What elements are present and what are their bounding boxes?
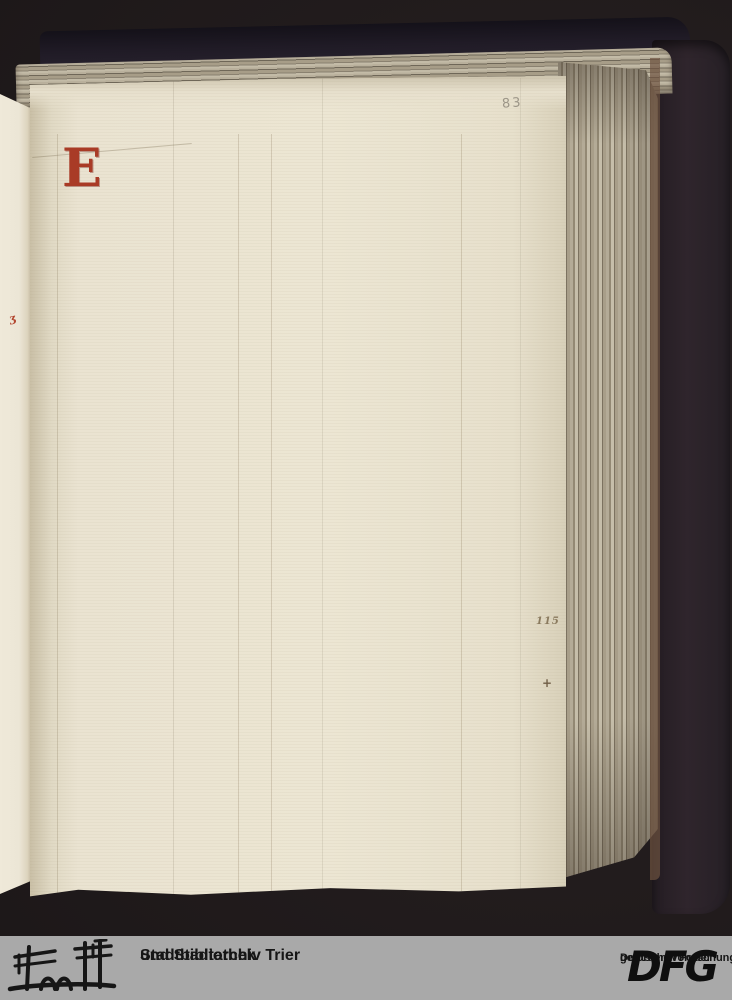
folio-number-pencil: 83 [502,95,524,111]
cover-inner-edge [650,58,660,880]
porta-nigra-sketch-icon [6,939,118,995]
page-crease [322,78,323,894]
ruling-line [238,134,239,894]
ruling-line [461,134,462,894]
footer-banner: Stadtbibliothek und Stadtarchiv Trier ge… [0,936,732,1000]
ruling-line [57,134,58,894]
margin-note-number: 115 [536,616,560,627]
manuscript-page: 83 sicud illud no potes. Ita nec hoc und… [30,76,566,898]
page-crease [173,78,174,894]
dfg-logo: DFG [627,942,716,991]
manuscript-photo: 83 sicud illud no potes. Ita nec hoc und… [0,0,732,1000]
book-cover-right [652,40,730,914]
margin-note-cross: + [542,676,552,690]
ruling-line [271,134,272,894]
page-crease [520,78,521,894]
library-name-line2: und Stadtarchiv Trier [140,945,300,966]
rubricated-initial: E [62,148,102,187]
book-foreedge [558,62,658,882]
